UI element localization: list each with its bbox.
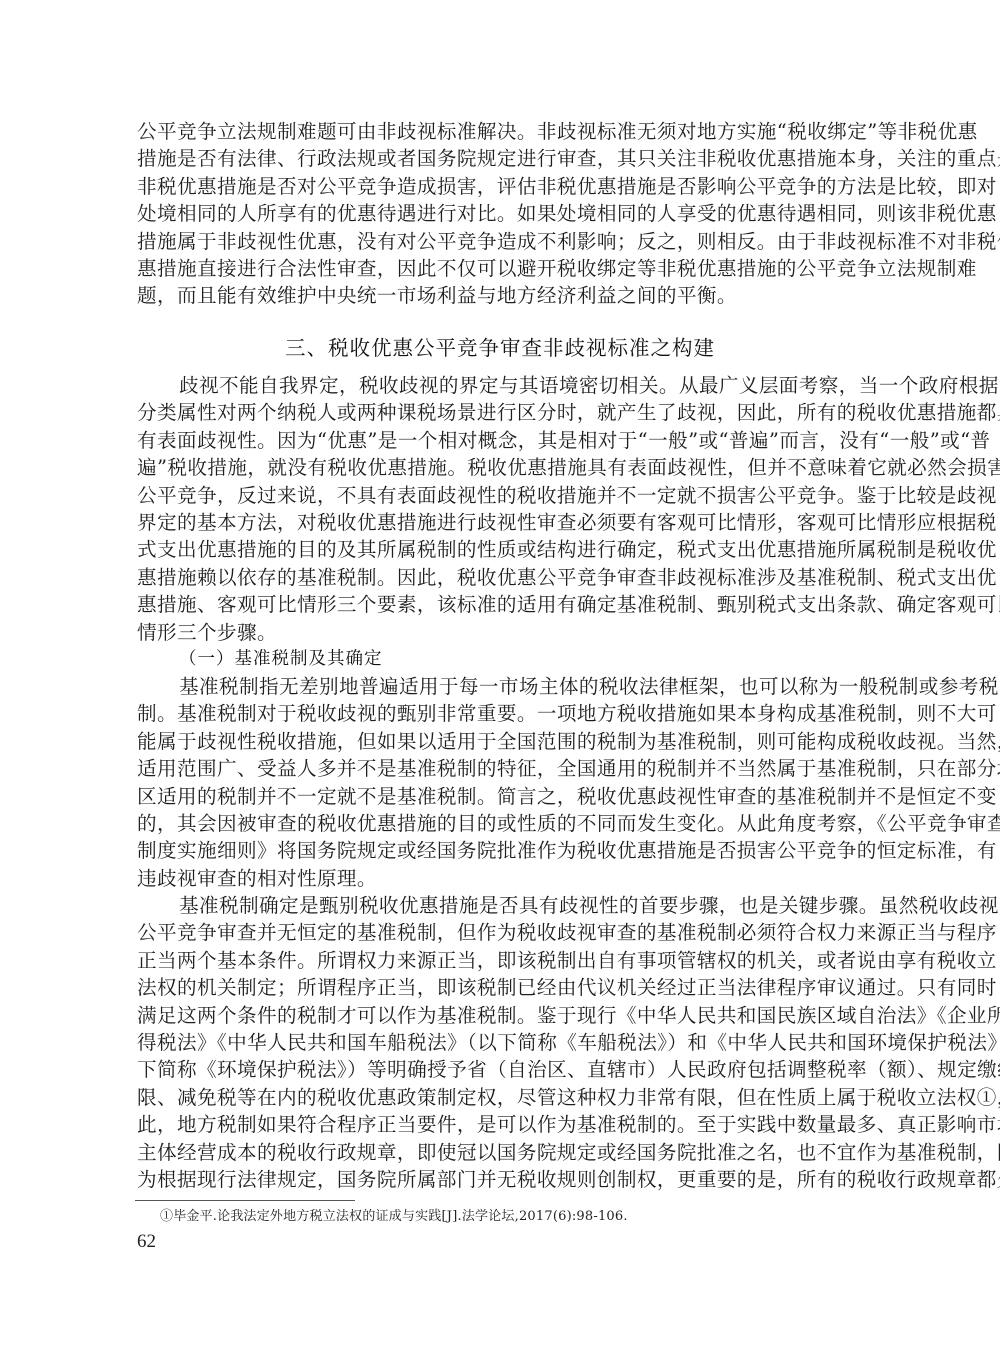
footnote-rule	[135, 1200, 355, 1201]
text-line: 有表面歧视性。因为“优惠”是一个相对概念，其是相对于“一般”或“普遍”而言，没有…	[137, 427, 863, 454]
text-line: 适用范围广、受益人多并不是基准税制的特征，全国通用的税制并不当然属于基准税制，只…	[137, 755, 863, 782]
text-line: 的，其会因被审查的税收优惠措施的目的或性质的不同而发生变化。从此角度考察，《公平…	[137, 810, 863, 837]
text-line: 遍”税收措施，就没有税收优惠措施。税收优惠措施具有表面歧视性，但并不意味着它就必…	[137, 454, 863, 481]
text-line: 得税法》《中华人民共和国车船税法》（以下简称《车船税法》）和《中华人民共和国环境…	[137, 1029, 863, 1056]
paragraph-1: 公平竞争立法规制难题可由非歧视标准解决。非歧视标准无须对地方实施“税收绑定”等非…	[137, 118, 863, 310]
text-line: 下简称《环境保护税法》）等明确授予省（自治区、直辖市）人民政府包括调整税率（额）…	[137, 1056, 863, 1083]
text-line: 公平竞争立法规制难题可由非歧视标准解决。非歧视标准无须对地方实施“税收绑定”等非…	[137, 118, 863, 145]
text-line: 惠措施、客观可比情形三个要素，该标准的适用有确定基准税制、甄别税式支出条款、确定…	[137, 591, 863, 618]
text-line: 能属于歧视性税收措施，但如果以适用于全国范围的税制为基准税制，则可能构成税收歧视…	[137, 728, 863, 755]
text-line: 基准税制指无差别地普遍适用于每一市场主体的税收法律框架，也可以称为一般税制或参考…	[137, 673, 863, 700]
text-line: 惠措施赖以依存的基准税制。因此，税收优惠公平竞争审查非歧视标准涉及基准税制、税式…	[137, 564, 863, 591]
text-line: 此，地方税制如果符合程序正当要件，是可以作为基准税制的。至于实践中数量最多、真正…	[137, 1111, 863, 1138]
text-line: 非税优惠措施是否对公平竞争造成损害，评估非税优惠措施是否影响公平竞争的方法是比较…	[137, 173, 863, 200]
text-line: 满足这两个条件的税制才可以作为基准税制。鉴于现行《中华人民共和国民族区域自治法》…	[137, 1002, 863, 1029]
document-page: 公平竞争立法规制难题可由非歧视标准解决。非歧视标准无须对地方实施“税收绑定”等非…	[0, 0, 1000, 1347]
text-line: 情形三个步骤。	[137, 619, 863, 646]
text-line: 主体经营成本的税收行政规章，即使冠以国务院规定或经国务院批准之名，也不宜作为基准…	[137, 1139, 863, 1166]
paragraph-2: 歧视不能自我界定，税收歧视的界定与其语境密切相关。从最广义层面考察，当一个政府根…	[137, 372, 863, 673]
paragraph-4: 基准税制确定是甄别税收优惠措施是否具有歧视性的首要步骤，也是关键步骤。虽然税收歧…	[137, 892, 863, 1193]
text-line: 法权的机关制定；所谓程序正当，即该税制已经由代议机关经过正当法律程序审议通过。只…	[137, 974, 863, 1001]
text-line: 正当两个基本条件。所谓权力来源正当，即该税制出自有事项管辖权的机关，或者说由享有…	[137, 947, 863, 974]
text-line: 为根据现行法律规定，国务院所属部门并无税收规则创制权，更重要的是，所有的税收行政…	[137, 1166, 863, 1193]
footnote-1: ①毕金平.论我法定外地方税立法权的证成与实践[J].法学论坛,2017(6):9…	[160, 1207, 628, 1227]
text-line: 制。基准税制对于税收歧视的甄别非常重要。一项地方税收措施如果本身构成基准税制，则…	[137, 700, 863, 727]
text-line: 制度实施细则》将国务院规定或经国务院批准作为税收优惠措施是否损害公平竞争的恒定标…	[137, 837, 863, 864]
text-line: 基准税制确定是甄别税收优惠措施是否具有歧视性的首要步骤，也是关键步骤。虽然税收歧…	[137, 892, 863, 919]
text-line: 区适用的税制并不一定就不是基准税制。简言之，税收优惠歧视性审查的基准税制并不是恒…	[137, 783, 863, 810]
text-line: 违歧视审查的相对性原理。	[137, 865, 863, 892]
text-line: 惠措施直接进行合法性审查，因此不仅可以避开税收绑定等非税优惠措施的公平竞争立法规…	[137, 255, 863, 282]
page-number: 62	[137, 1230, 156, 1254]
text-line: 歧视不能自我界定，税收歧视的界定与其语境密切相关。从最广义层面考察，当一个政府根…	[137, 372, 863, 399]
subsection-heading: （一）基准税制及其确定	[137, 646, 863, 673]
section-heading: 三、税收优惠公平竞争审查非歧视标准之构建	[0, 333, 1000, 363]
paragraph-3: 基准税制指无差别地普遍适用于每一市场主体的税收法律框架，也可以称为一般税制或参考…	[137, 673, 863, 892]
text-line: 措施是否有法律、行政法规或者国务院规定进行审查，其只关注非税收优惠措施本身，关注…	[137, 145, 863, 172]
text-line: 界定的基本方法，对税收优惠措施进行歧视性审查必须要有客观可比情形，客观可比情形应…	[137, 509, 863, 536]
text-line: 限、减免税等在内的税收优惠政策制定权，尽管这种权力非常有限，但在性质上属于税收立…	[137, 1084, 863, 1111]
text-line: 式支出优惠措施的目的及其所属税制的性质或结构进行确定，税式支出优惠措施所属税制是…	[137, 536, 863, 563]
text-line: 题，而且能有效维护中央统一市场利益与地方经济利益之间的平衡。	[137, 282, 863, 309]
text-line: 处境相同的人所享有的优惠待遇进行对比。如果处境相同的人享受的优惠待遇相同，则该非…	[137, 200, 863, 227]
text-line: 公平竞争审查并无恒定的基准税制，但作为税收歧视审查的基准税制必须符合权力来源正当…	[137, 919, 863, 946]
text-line: 措施属于非歧视性优惠，没有对公平竞争造成不利影响；反之，则相反。由于非歧视标准不…	[137, 228, 863, 255]
text-line: 分类属性对两个纳税人或两种课税场景进行区分时，就产生了歧视，因此，所有的税收优惠…	[137, 399, 863, 426]
text-line: 公平竞争，反过来说，不具有表面歧视性的税收措施并不一定就不损害公平竞争。鉴于比较…	[137, 482, 863, 509]
